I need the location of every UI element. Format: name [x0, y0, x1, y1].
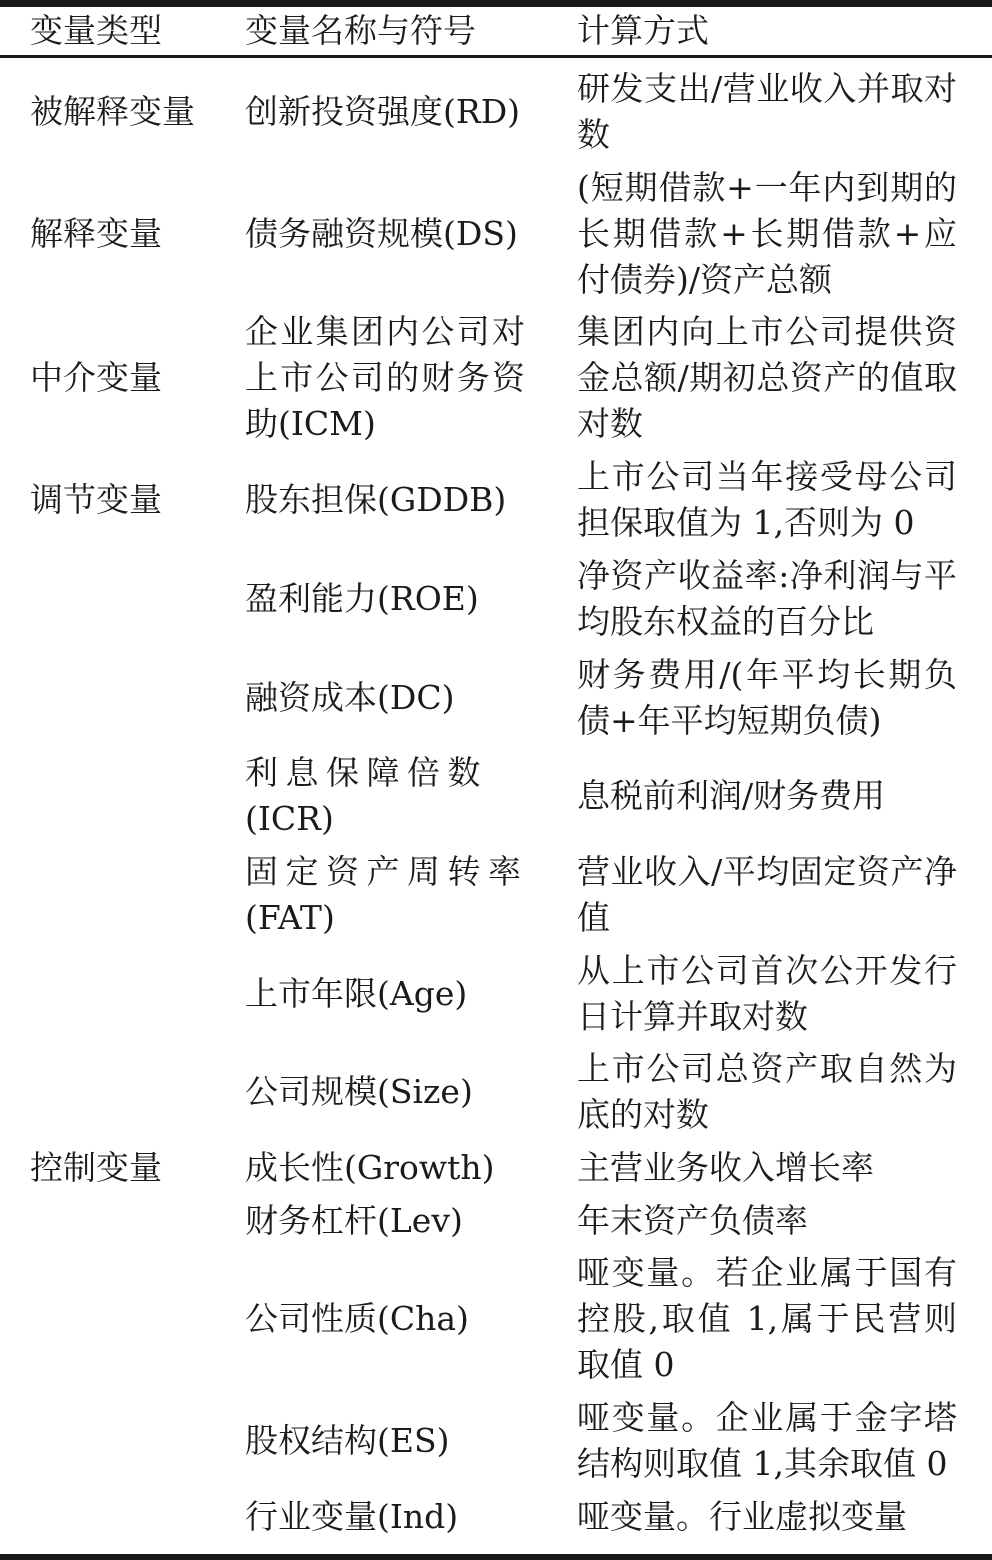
cell-variable-type: 控制变量	[30, 1145, 245, 1191]
table-row: 解释变量 债务融资规模(DS) (短期借款+一年内到期的长期借款+长期借款+应付…	[0, 165, 992, 303]
table-row: 公司性质(Cha) 哑变量。若企业属于国有控股,取值 1,属于民营则取值 0	[0, 1250, 992, 1388]
table-row: 中介变量 企业集团内公司对上市公司的财务资助(ICM) 集团内向上市公司提供资金…	[0, 309, 992, 447]
table-row: 调节变量 股东担保(GDDB) 上市公司当年接受母公司担保取值为 1,否则为 0	[0, 454, 992, 546]
cell-calculation-method: 从上市公司首次公开发行日计算并取对数	[577, 948, 978, 1040]
cell-calculation-method: 营业收入/平均固定资产净值	[577, 849, 978, 941]
cell-variable-name: 利 息 保 障 倍 数 (ICR)	[245, 750, 577, 842]
cell-calculation-method: 哑变量。行业虚拟变量	[577, 1494, 978, 1540]
table-row: 融资成本(DC) 财务费用/(年平均长期负债+年平均短期负债)	[0, 652, 992, 744]
cell-calculation-method: 净资产收益率:净利润与平均股东权益的百分比	[577, 553, 978, 645]
cell-variable-name: 成长性(Growth)	[245, 1145, 577, 1191]
cell-calculation-method: 财务费用/(年平均长期负债+年平均短期负债)	[577, 652, 978, 744]
table-row: 盈利能力(ROE) 净资产收益率:净利润与平均股东权益的百分比	[0, 553, 992, 645]
table-row: 被解释变量 创新投资强度(RD) 研发支出/营业收入并取对数	[0, 66, 992, 158]
cell-variable-name: 行业变量(Ind)	[245, 1494, 577, 1540]
cell-variable-name: 股权结构(ES)	[245, 1418, 577, 1464]
cell-calculation-method: 上市公司当年接受母公司担保取值为 1,否则为 0	[577, 454, 978, 546]
table-top-rule	[0, 0, 992, 7]
table-bottom-rule	[0, 1554, 992, 1560]
cell-variable-type: 调节变量	[30, 477, 245, 523]
cell-calculation-method: 上市公司总资产取自然为底的对数	[577, 1046, 978, 1138]
cell-variable-name: 融资成本(DC)	[245, 675, 577, 721]
header-variable-name-symbol: 变量名称与符号	[245, 8, 577, 54]
table-row: 利 息 保 障 倍 数 (ICR) 息税前利润/财务费用	[0, 750, 992, 842]
cell-variable-name: 公司规模(Size)	[245, 1069, 577, 1115]
cell-calculation-method: 息税前利润/财务费用	[577, 773, 978, 819]
table-row: 上市年限(Age) 从上市公司首次公开发行日计算并取对数	[0, 948, 992, 1040]
table-row: 控制变量 成长性(Growth) 主营业务收入增长率	[0, 1145, 992, 1191]
cell-calculation-method: 集团内向上市公司提供资金总额/期初总资产的值取对数	[577, 309, 978, 447]
cell-variable-name: 财务杠杆(Lev)	[245, 1198, 577, 1244]
table-header-row: 变量类型 变量名称与符号 计算方式	[0, 7, 992, 55]
cell-variable-name: 公司性质(Cha)	[245, 1296, 577, 1342]
cell-variable-name: 企业集团内公司对上市公司的财务资助(ICM)	[245, 309, 577, 447]
table-row: 行业变量(Ind) 哑变量。行业虚拟变量	[0, 1494, 992, 1540]
cell-variable-type: 被解释变量	[30, 89, 245, 135]
cell-variable-name: 创新投资强度(RD)	[245, 89, 577, 135]
cell-calculation-method: 研发支出/营业收入并取对数	[577, 66, 978, 158]
cell-calculation-method: 年末资产负债率	[577, 1198, 978, 1244]
cell-calculation-method: (短期借款+一年内到期的长期借款+长期借款+应付债券)/资产总额	[577, 165, 978, 303]
cell-calculation-method: 哑变量。企业属于金字塔结构则取值 1,其余取值 0	[577, 1395, 978, 1487]
cell-variable-type: 解释变量	[30, 211, 245, 257]
variables-table: 变量类型 变量名称与符号 计算方式 被解释变量 创新投资强度(RD) 研发支出/…	[0, 0, 992, 1560]
cell-variable-name: 固 定 资 产 周 转 率 (FAT)	[245, 849, 577, 941]
table-row: 公司规模(Size) 上市公司总资产取自然为底的对数	[0, 1046, 992, 1138]
table-row: 财务杠杆(Lev) 年末资产负债率	[0, 1198, 992, 1244]
cell-variable-name: 股东担保(GDDB)	[245, 477, 577, 523]
cell-calculation-method: 主营业务收入增长率	[577, 1145, 978, 1191]
table-row: 股权结构(ES) 哑变量。企业属于金字塔结构则取值 1,其余取值 0	[0, 1395, 992, 1487]
cell-variable-type: 中介变量	[30, 355, 245, 401]
table-body: 被解释变量 创新投资强度(RD) 研发支出/营业收入并取对数 解释变量 债务融资…	[0, 58, 992, 1554]
cell-variable-name: 债务融资规模(DS)	[245, 211, 577, 257]
cell-variable-name: 盈利能力(ROE)	[245, 576, 577, 622]
table-row: 固 定 资 产 周 转 率 (FAT) 营业收入/平均固定资产净值	[0, 849, 992, 941]
cell-calculation-method: 哑变量。若企业属于国有控股,取值 1,属于民营则取值 0	[577, 1250, 978, 1388]
cell-variable-name: 上市年限(Age)	[245, 971, 577, 1017]
header-variable-type: 变量类型	[30, 8, 245, 54]
header-calculation-method: 计算方式	[577, 8, 978, 54]
